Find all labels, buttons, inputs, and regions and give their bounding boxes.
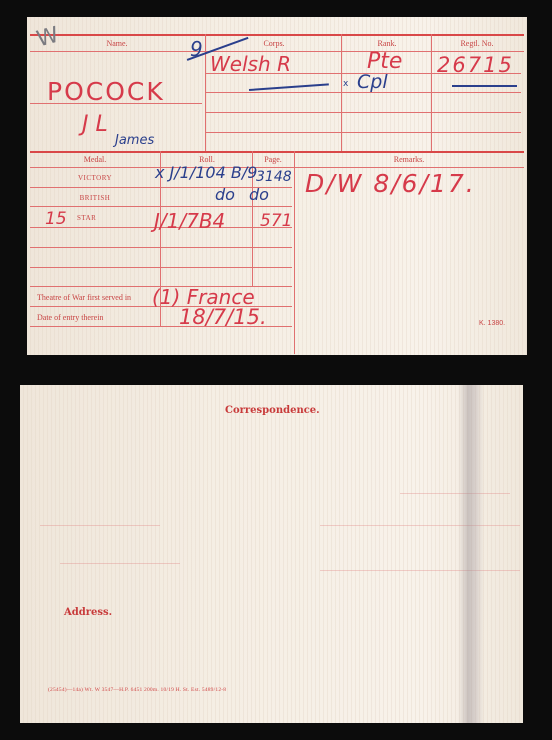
entry-date-label: Date of entry therein <box>37 313 103 322</box>
medal-british-label: British <box>80 194 111 202</box>
star-prefix-value: 15 <box>45 209 67 229</box>
medal-table-top-rule <box>30 151 524 153</box>
rank-header: Rank. <box>378 39 397 48</box>
star-roll-value: J/1/7B4 <box>154 209 225 233</box>
regtl-no-value: 26715 <box>437 53 514 77</box>
corner-pencil-mark: W <box>34 23 61 53</box>
row-rule <box>205 132 521 133</box>
correspondence-label: Correspondence. <box>225 405 320 416</box>
medal-star-label: Star <box>77 214 96 222</box>
remarks-value: D/W 8/6/17. <box>305 169 476 198</box>
star-page-value: 571 <box>260 211 292 231</box>
initials-value: J L <box>82 112 108 137</box>
row-rule <box>30 267 292 268</box>
name-header: Name. <box>106 39 127 48</box>
row-rule <box>30 206 292 207</box>
forename-value: James <box>115 133 154 148</box>
faint-rule <box>320 525 520 526</box>
row-rule <box>205 112 521 113</box>
british-page-value: do <box>249 185 269 204</box>
remarks-header: Remarks. <box>394 155 424 164</box>
medal-victory-label: Victory <box>78 174 112 182</box>
printer-imprint: (25454)—14a) Wt. W 3547—H.P. 6451 200m. … <box>48 687 226 693</box>
corps-header: Corps. <box>263 39 284 48</box>
rank-amended-value: Cpl <box>357 71 388 93</box>
row-rule <box>30 247 292 248</box>
medal-table-header-rule <box>30 167 524 168</box>
entry-date-value: 18/7/15. <box>179 305 267 329</box>
faint-rule <box>40 525 160 526</box>
british-roll-value: do <box>215 185 235 204</box>
medal-index-card-back: Correspondence. Address. (25454)—14a) Wt… <box>20 385 523 723</box>
faint-rule <box>400 493 510 494</box>
page-header: Page. <box>264 155 282 164</box>
theatre-label: Theatre of War first served in <box>37 293 131 302</box>
surname-value: POCOCK <box>47 77 165 106</box>
medal-index-card-front: Name. Corps. Rank. Regtl. No. W POCOCK J… <box>27 17 527 355</box>
rank-amend-mark: x <box>343 79 348 89</box>
regtl-no-header: Regtl. No. <box>460 39 493 48</box>
faint-rule <box>60 563 180 564</box>
victory-page-value: 3148 <box>256 169 292 185</box>
fold-shadow <box>458 385 484 723</box>
corps-value: Welsh R <box>210 52 291 76</box>
col-divider-page-remarks <box>294 151 295 354</box>
address-label: Address. <box>64 607 112 618</box>
corps-correction-stroke <box>249 83 329 90</box>
regtl-no-underline <box>452 85 517 87</box>
header-top-rule <box>30 34 524 36</box>
medal-header: Medal. <box>84 155 106 164</box>
faint-rule <box>320 570 520 571</box>
victory-roll-value: x J/1/104 B/9 <box>155 163 257 182</box>
form-number: K. 1380. <box>479 320 505 327</box>
